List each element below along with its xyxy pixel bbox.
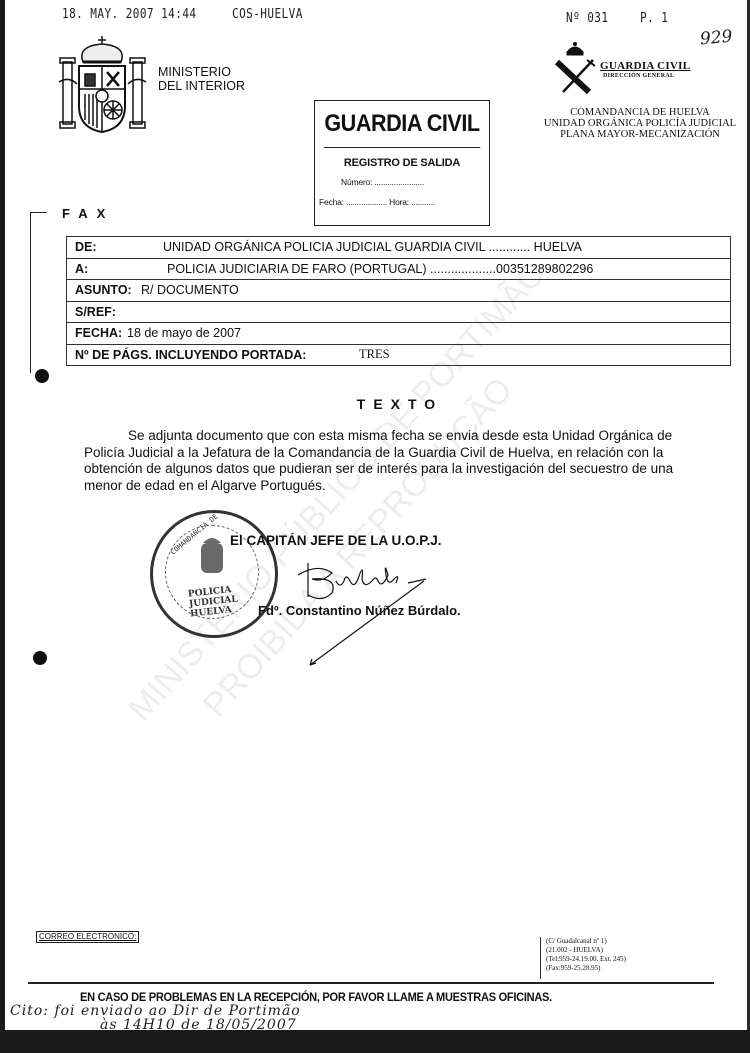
fax-row-label: DE:: [75, 240, 163, 254]
stamp-title: GUARDIA CIVIL: [324, 101, 481, 148]
fax-row-value: 18 de mayo de 2007: [127, 326, 241, 340]
fax-number: Nº 031: [566, 11, 608, 26]
gc-line-unidad: UNIDAD ORGÁNICA POLICÍA JUDICIAL: [540, 118, 740, 129]
fax-row-asunto: ASUNTO: R/ DOCUMENTO: [67, 280, 730, 302]
fax-row-value: UNIDAD ORGÁNICA POLICIA JUDICIAL GUARDIA…: [163, 240, 582, 254]
handwritten-note-line2: às 14H10 de 18/05/2007: [100, 1017, 297, 1033]
ministerio-line2: DEL INTERIOR: [158, 79, 245, 93]
fax-row-a: A: POLICIA JUDICIARIA DE FARO (PORTUGAL)…: [67, 259, 730, 281]
fax-row-label: FECHA:: [75, 326, 127, 340]
stamp-numero-field: Número: .......................: [315, 177, 489, 187]
handwritten-ref: 929: [699, 27, 733, 50]
fax-row-paginas: Nº DE PÁGS. INCLUYENDO PORTADA: TRES: [67, 345, 730, 367]
fax-page: P. 1: [640, 11, 668, 26]
address-line: (21.002 - HUELVA): [546, 946, 626, 955]
guardia-civil-emblem-icon: [553, 42, 597, 98]
scan-edge-left: [0, 0, 5, 1053]
scan-edge-bottom: [0, 1030, 750, 1053]
gc-title: GUARDIA CIVIL: [600, 60, 690, 72]
fax-form-table: DE: UNIDAD ORGÁNICA POLICIA JUDICIAL GUA…: [66, 236, 731, 366]
registro-salida-stamp: GUARDIA CIVIL REGISTRO DE SALIDA Número:…: [314, 100, 490, 226]
fax-row-value: TRES: [359, 347, 390, 362]
fax-bracket: [30, 212, 47, 373]
binder-hole-dot: [33, 651, 47, 665]
gc-line-plana: PLANA MAYOR-MECANIZACIÓN: [540, 129, 740, 140]
address-line: (Tel:959-24.19.00. Ext. 245): [546, 955, 626, 964]
footer-message: EN CASO DE PROBLEMAS EN LA RECEPCIÓN, PO…: [80, 990, 552, 1004]
gc-line-comandancia: COMANDANCIA DE HUELVA: [540, 107, 740, 118]
fax-row-label: S/REF:: [75, 305, 141, 319]
stamp-subtitle: REGISTRO DE SALIDA: [315, 157, 489, 169]
gc-unit-block: COMANDANCIA DE HUELVA UNIDAD ORGÁNICA PO…: [540, 107, 740, 140]
fax-row-fecha: FECHA: 18 de mayo de 2007: [67, 323, 730, 345]
fax-station: COS-HUELVA: [232, 7, 303, 22]
address-line: (C/ Guadalcanal nº 1): [546, 937, 626, 946]
ministerio-line1: MINISTERIO: [158, 65, 245, 79]
fax-row-value: R/ DOCUMENTO: [141, 283, 239, 297]
fax-row-de: DE: UNIDAD ORGÁNICA POLICIA JUDICIAL GUA…: [67, 237, 730, 259]
fax-row-sref: S/REF:: [67, 302, 730, 324]
fax-row-label: A:: [75, 262, 167, 276]
fax-label: FAX: [62, 206, 114, 221]
gc-subtitle: DIRECCIÓN GENERAL: [603, 73, 674, 79]
fax-row-label: ASUNTO:: [75, 283, 141, 297]
correo-electronico-label: CORREO ELECTRONICO:: [36, 931, 139, 943]
ministerio-label: MINISTERIO DEL INTERIOR: [158, 65, 245, 93]
binder-hole-dot: [35, 369, 49, 383]
footer-divider: [28, 982, 714, 984]
fax-row-label: Nº DE PÁGS. INCLUYENDO PORTADA:: [75, 348, 359, 362]
stamp-fecha-hora-field: Fecha: ................... Hora: .......…: [315, 197, 489, 207]
address-line: (Fax:959-25.28.95): [546, 964, 626, 973]
address-block: (C/ Guadalcanal nº 1) (21.002 - HUELVA) …: [540, 937, 626, 979]
spain-coat-of-arms-icon: [55, 34, 150, 136]
fax-timestamp: 18. MAY. 2007 14:44: [62, 7, 196, 22]
